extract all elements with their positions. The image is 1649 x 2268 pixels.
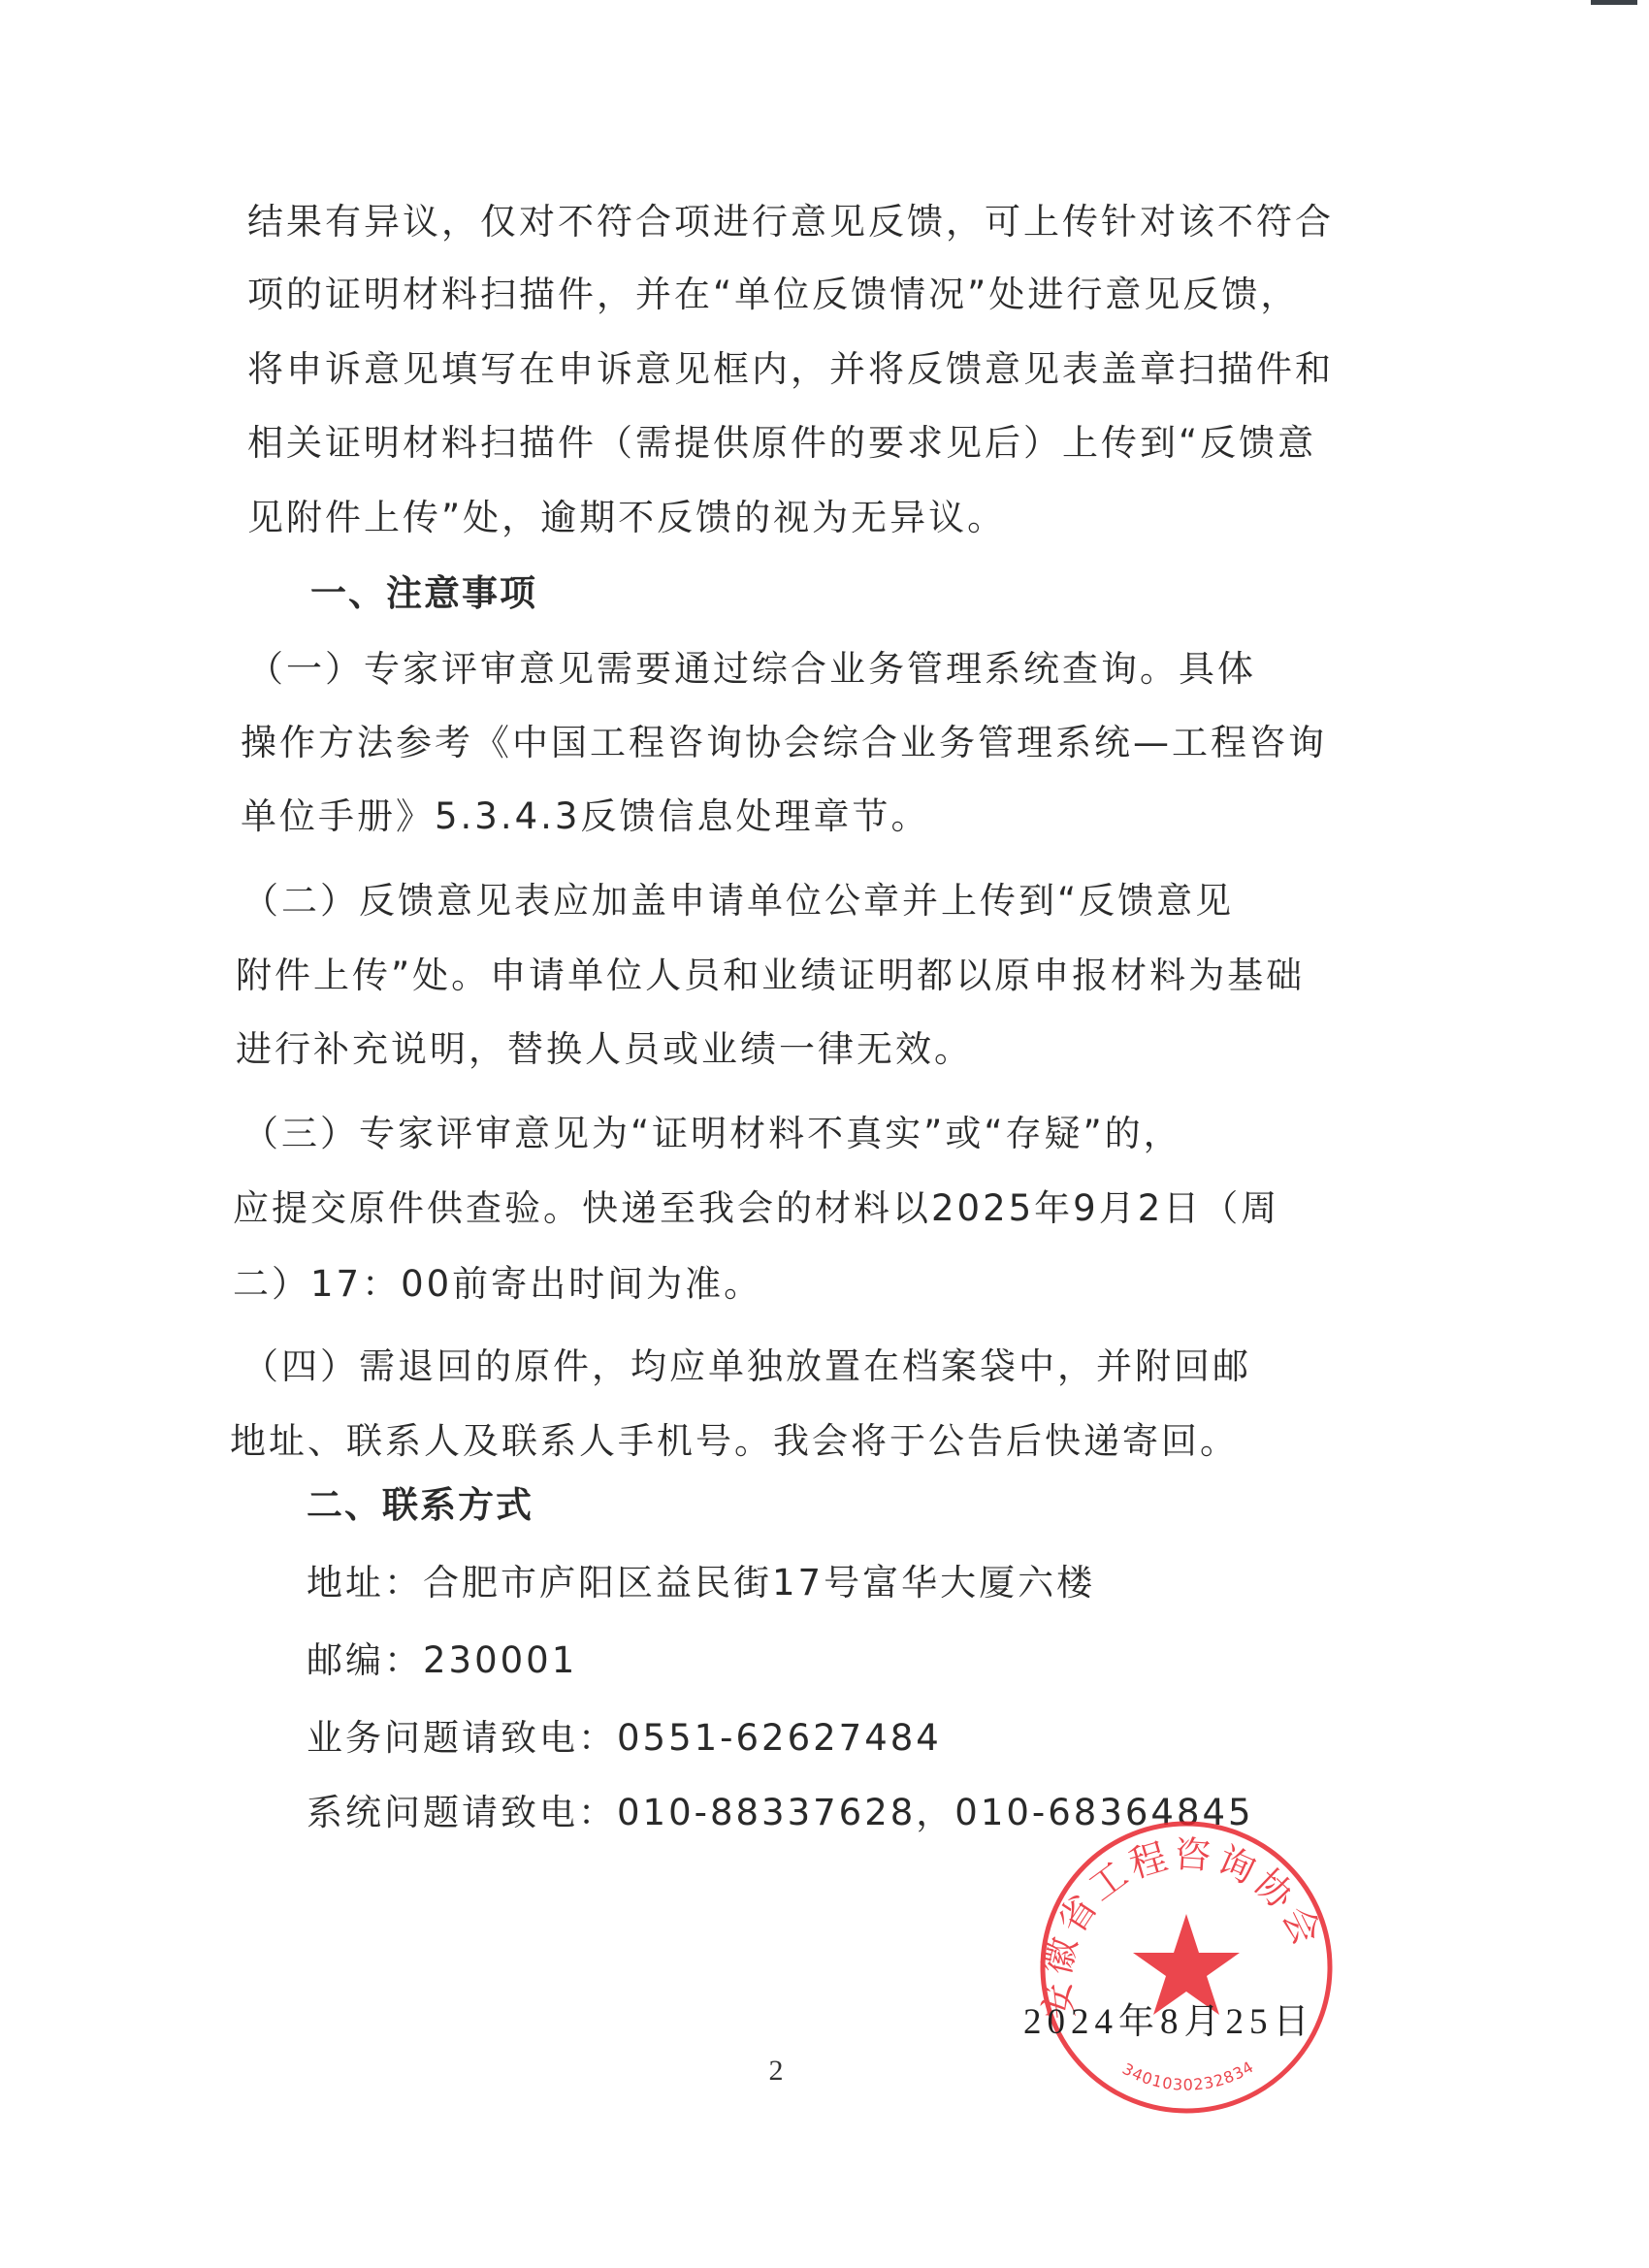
contact-address: 地址：合肥市庐阳区益民街17号富华大厦六楼 (307, 1560, 1095, 1606)
item-line: 附件上传”处。申请单位人员和业绩证明都以原申报材料为基础 (236, 953, 1305, 999)
contact-postcode: 邮编：230001 (307, 1637, 577, 1684)
item-line: （四）需退回的原件，均应单独放置在档案袋中，并附回邮 (242, 1344, 1251, 1390)
item-line: 应提交原件供查验。快递至我会的材料以2025年9月2日（周 (233, 1185, 1279, 1232)
item-line: 单位手册》5.3.4.3反馈信息处理章节。 (241, 794, 929, 840)
item-line: 操作方法参考《中国工程咨询协会综合业务管理系统—工程咨询 (241, 720, 1327, 766)
intro-line: 项的证明材料扫描件，并在“单位反馈情况”处进行意见反馈， (247, 272, 1299, 318)
intro-line: 将申诉意见填写在申诉意见框内，并将反馈意见表盖章扫描件和 (247, 346, 1334, 393)
item-line: （三）专家评审意见为“证明材料不真实”或“存疑”的， (242, 1111, 1182, 1157)
section-heading-contact: 二、联系方式 (307, 1482, 533, 1529)
intro-line: 相关证明材料扫描件（需提供原件的要求见后）上传到“反馈意 (247, 420, 1316, 467)
document-date: 2024年8月25日 (1023, 1992, 1315, 2044)
scan-edge-mark (1591, 0, 1637, 5)
item-line: （二）反馈意见表应加盖申请单位公章并上传到“反馈意见 (242, 878, 1234, 924)
svg-text:3401030232834: 3401030232834 (1119, 2057, 1257, 2094)
item-line: 地址、联系人及联系人手机号。我会将于公告后快递寄回。 (230, 1418, 1239, 1465)
item-line: 进行补充说明，替换人员或业绩一律无效。 (236, 1026, 973, 1073)
intro-line: 见附件上传”处，逾期不反馈的视为无异议。 (247, 495, 1006, 541)
section-heading-notes: 一、注意事项 (310, 570, 537, 617)
intro-line: 结果有异议，仅对不符合项进行意见反馈，可上传针对该不符合 (247, 199, 1334, 245)
official-seal-icon: 安徽省工程咨询协会 3401030232834 (1036, 1817, 1337, 2118)
item-line: （一）专家评审意见需要通过综合业务管理系统查询。具体 (247, 646, 1256, 693)
item-line: 二）17：00前寄出时间为准。 (233, 1261, 762, 1308)
contact-business-phone: 业务问题请致电：0551-62627484 (307, 1715, 942, 1762)
